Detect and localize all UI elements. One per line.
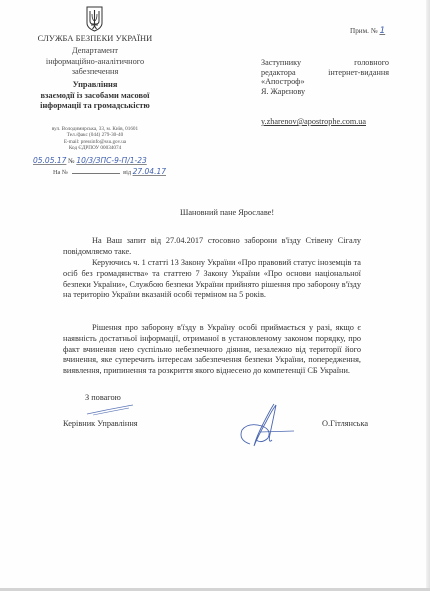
department-line: інформаційно-аналітичного [20, 57, 170, 68]
copy-mark: Прим. № 1 [350, 26, 385, 36]
recipient-line: редактора інтернет-видання [261, 68, 389, 78]
unit-line: взаємодії із засобами масової [20, 91, 170, 102]
unit-line: Управління [20, 80, 170, 91]
recipient-email: y.zharenov@apostrophe.com.ua [261, 117, 366, 126]
body-paragraph: Керуючись ч. 1 статті 13 Закону України … [63, 258, 361, 301]
department-line: Департамент [20, 46, 170, 57]
department-line: забезпечення [20, 67, 170, 78]
outgoing-date: 05.05.17 [33, 156, 66, 165]
copy-mark-value: 1 [379, 26, 385, 36]
edrpou-line: Код ЄДРПОУ 00034074 [20, 145, 170, 151]
recipient-name: Я. Жарєнову [261, 87, 389, 97]
contact-block: вул. Володимирська, 33, м. Київ, 01601 Т… [20, 126, 170, 151]
unit-name: Управління взаємодії із засобами масової… [20, 80, 170, 112]
closing-regards: З повагою [85, 393, 121, 402]
recipient-role: редактора [261, 68, 296, 78]
paragraph-text: Керуючись ч. 1 статті 13 Закону України … [63, 258, 361, 301]
unit-line: інформації та громадськістю [20, 101, 170, 112]
signature-icon [232, 400, 297, 450]
reference-date: 27.04.17 [133, 167, 166, 176]
reference-label: На № [53, 169, 68, 176]
reference-row: На № від 27.04.17 [53, 167, 166, 176]
greeting: Шановний пане Ярославе! [180, 208, 274, 217]
recipient-outlet: «Апостроф» [261, 77, 389, 87]
recipient-outlet-type: інтернет-видання [328, 68, 389, 78]
recipient-position-cont: головного [354, 58, 389, 68]
paragraph-text: На Ваш запит від 27.04.2017 стосовно заб… [63, 236, 361, 258]
department-name: Департамент інформаційно-аналітичного за… [20, 46, 170, 78]
recipient-block: Заступнику головного редактора інтернет-… [261, 58, 389, 96]
reference-from-label: від [123, 169, 131, 176]
trident-emblem-icon [86, 6, 103, 32]
body-paragraph: На Ваш запит від 27.04.2017 стосовно заб… [63, 236, 361, 258]
number-label: № [68, 158, 75, 165]
letter-page: СЛУЖБА БЕЗПЕКИ УКРАЇНИ Департамент інфор… [0, 0, 430, 591]
outgoing-number: 10/3/ЗПС-9-П/1-23 [76, 156, 146, 165]
copy-mark-label: Прим. № [350, 27, 378, 35]
recipient-position: Заступнику [261, 58, 301, 68]
paper-edge-shadow [426, 0, 430, 591]
recipient-line: Заступнику головного [261, 58, 389, 68]
signer-name: О.Гітлянська [322, 419, 368, 428]
paragraph-text: Рішення про заборону в'їзду в Україну ос… [63, 323, 361, 377]
organization-name: СЛУЖБА БЕЗПЕКИ УКРАЇНИ [20, 34, 170, 44]
signer-title: Керівник Управління [63, 419, 138, 428]
pen-stroke-icon [85, 403, 135, 417]
body-paragraph: Рішення про заборону в'їзду в Україну ос… [63, 323, 361, 377]
outgoing-number-row: 05.05.17 № 10/3/ЗПС-9-П/1-23 [33, 156, 147, 165]
reference-number-blank [72, 167, 120, 174]
